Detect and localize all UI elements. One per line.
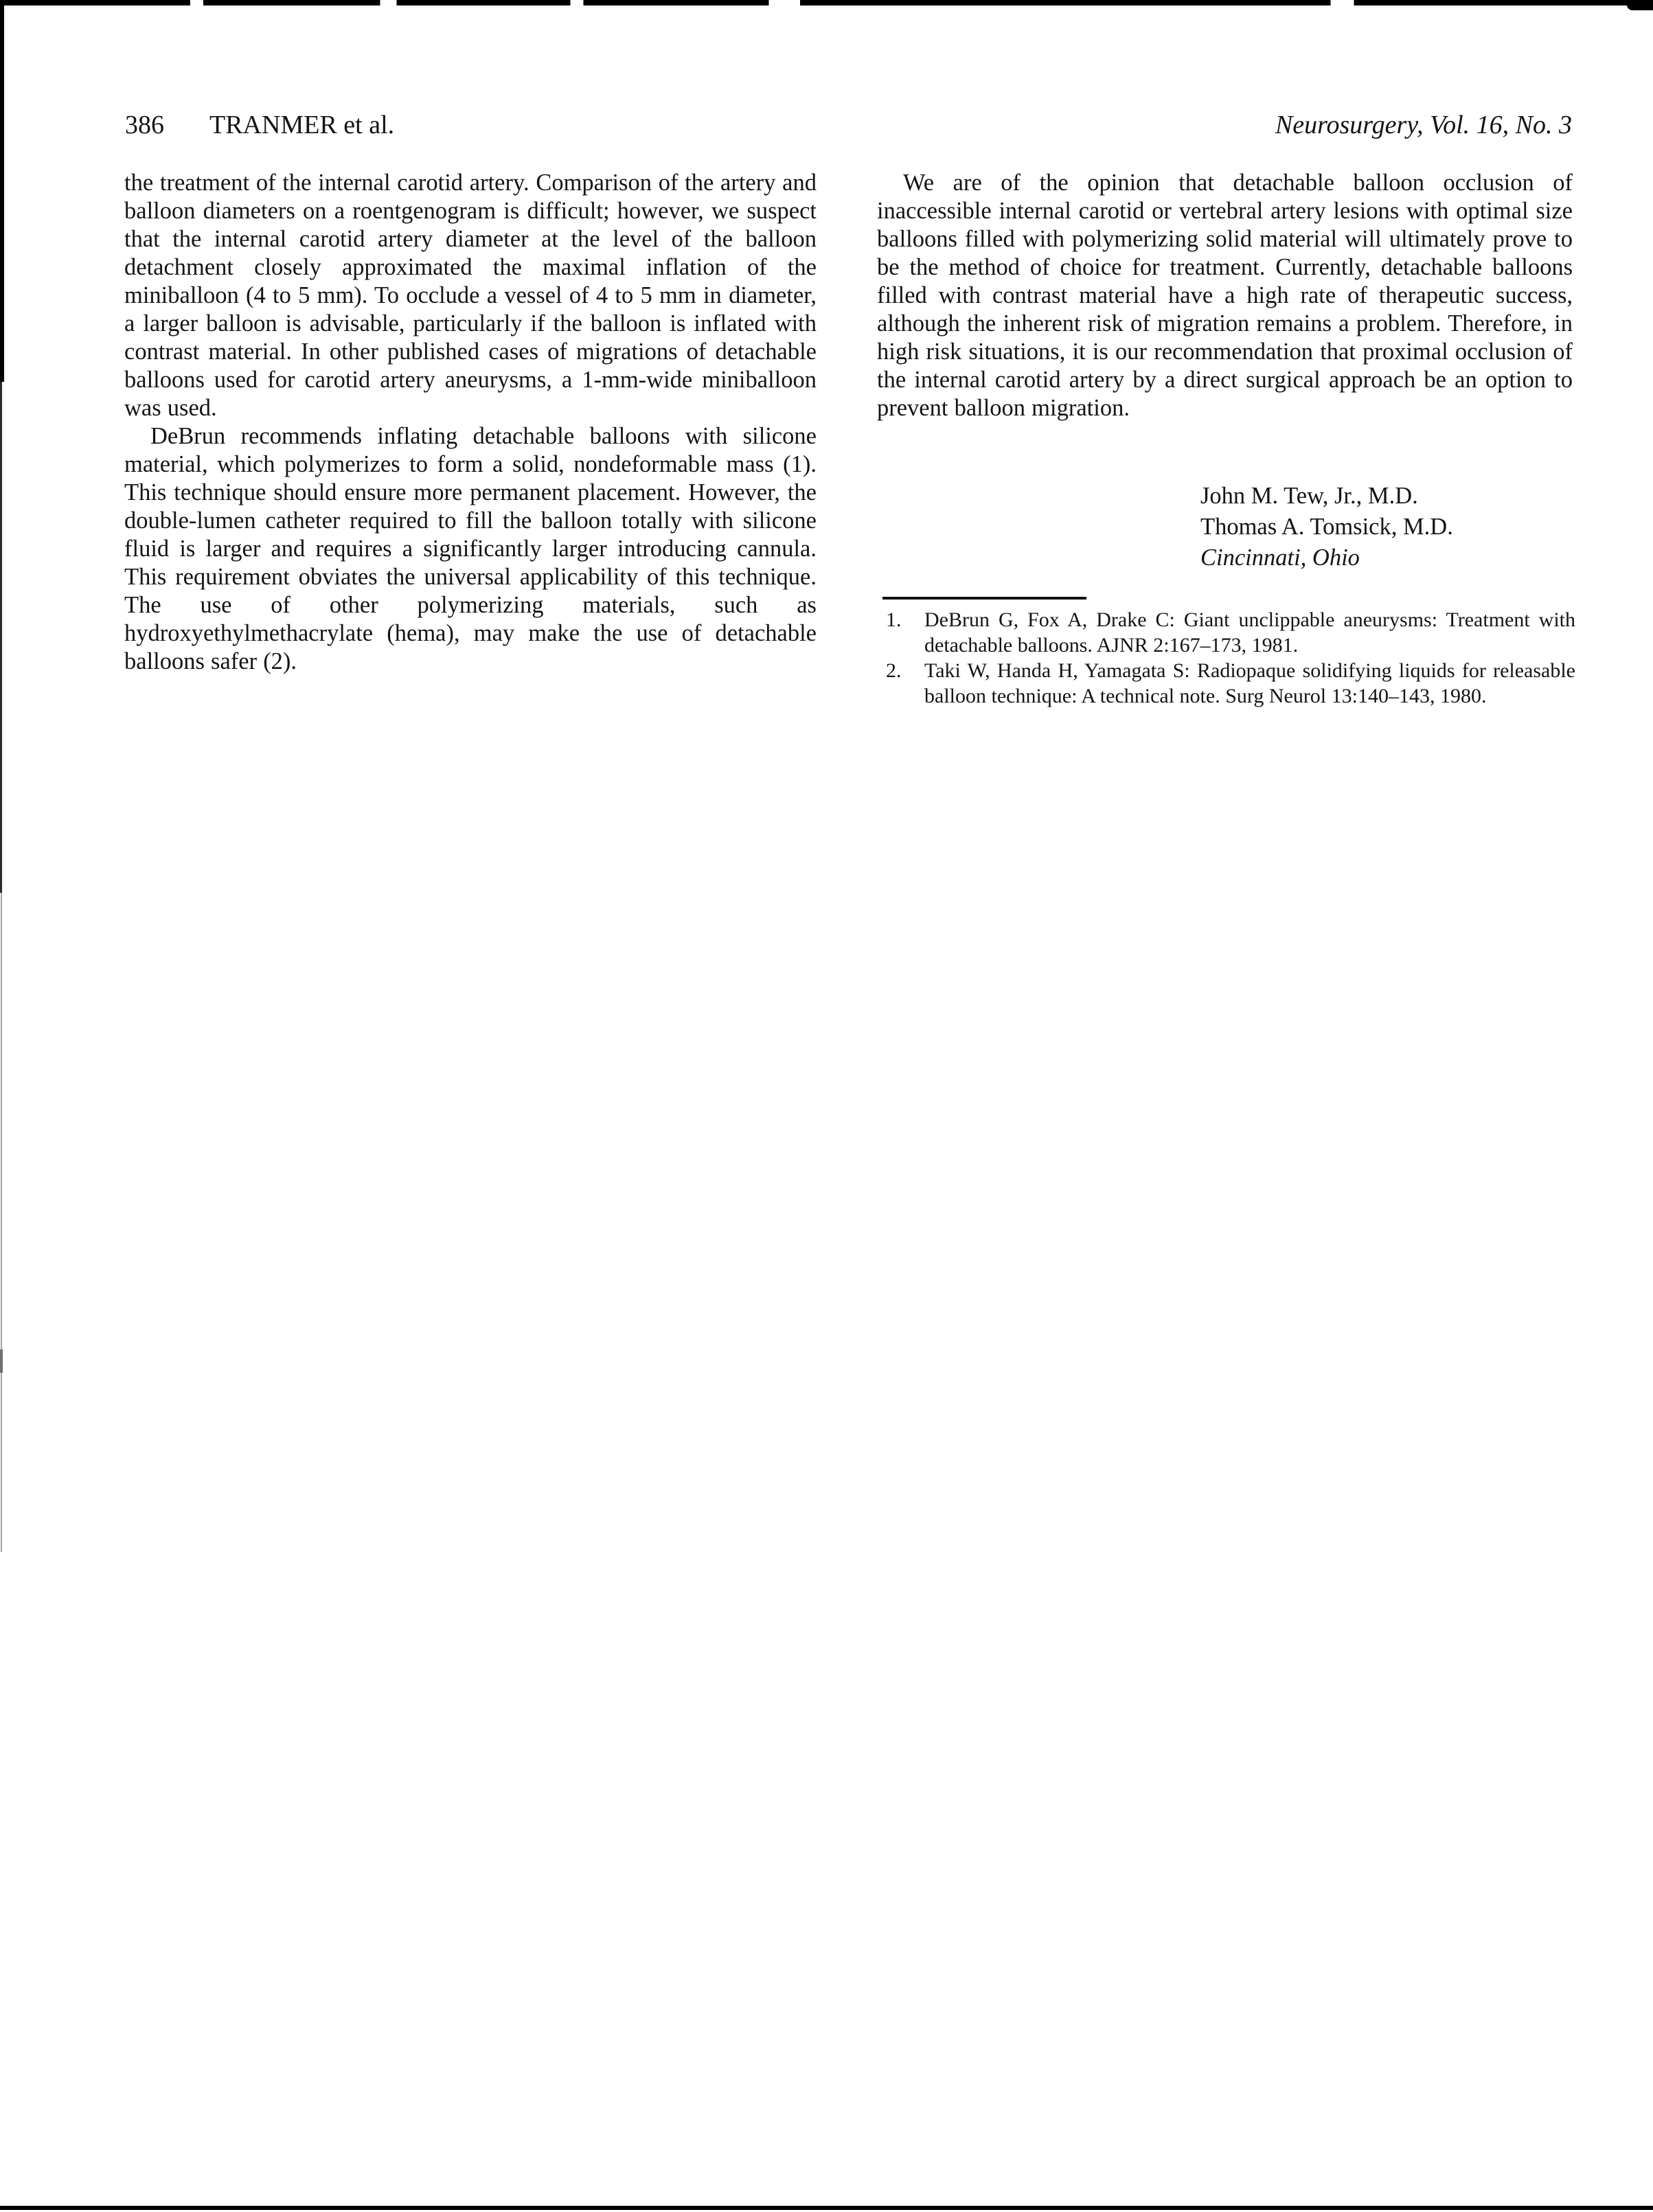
scan-artifact-top-bar [0, 0, 1653, 5]
reference-text: DeBrun G, Fox A, Drake C: Giant unclippa… [924, 608, 1575, 657]
right-column: We are of the opinion that detachable ba… [877, 169, 1573, 422]
scan-artifact-top-right-corner [1627, 0, 1653, 10]
reference-item: 2.Taki W, Handa H, Yamagata S: Radiopaqu… [886, 658, 1575, 709]
page-number: 386 [125, 110, 164, 140]
journal-page: 386TRANMER et al. Neurosurgery, Vol. 16,… [0, 0, 1653, 2212]
running-title: TRANMER et al. [209, 110, 394, 140]
journal-title: Neurosurgery, Vol. 16, No. 3 [1275, 110, 1572, 140]
signature-block: John M. Tew, Jr., M.D. Thomas A. Tomsick… [1200, 481, 1453, 573]
author-name: Thomas A. Tomsick, M.D. [1200, 512, 1453, 543]
references-divider-rule [882, 597, 1086, 600]
scan-artifact-left-edge-line-faded [0, 382, 2, 893]
scan-artifact-left-edge-line [0, 0, 4, 382]
body-paragraph: DeBrun recommends inflating detachable b… [124, 422, 817, 676]
scan-artifact-left-edge-blob [0, 1349, 3, 1373]
scan-artifact-bottom-bar [0, 2206, 1653, 2210]
reference-number: 2. [886, 658, 924, 683]
body-paragraph: the treatment of the internal carotid ar… [124, 169, 817, 422]
reference-item: 1.DeBrun G, Fox A, Drake C: Giant unclip… [886, 607, 1575, 658]
reference-text: Taki W, Handa H, Yamagata S: Radiopaque … [924, 659, 1575, 707]
running-head-left: 386TRANMER et al. [125, 110, 394, 140]
references-list: 1.DeBrun G, Fox A, Drake C: Giant unclip… [886, 607, 1575, 709]
author-location: Cincinnati, Ohio [1200, 543, 1453, 573]
reference-number: 1. [886, 607, 924, 632]
body-paragraph: We are of the opinion that detachable ba… [877, 169, 1573, 422]
left-column: the treatment of the internal carotid ar… [124, 169, 817, 676]
author-name: John M. Tew, Jr., M.D. [1200, 481, 1453, 512]
scan-artifact-left-edge-line-faint [1, 893, 2, 1552]
